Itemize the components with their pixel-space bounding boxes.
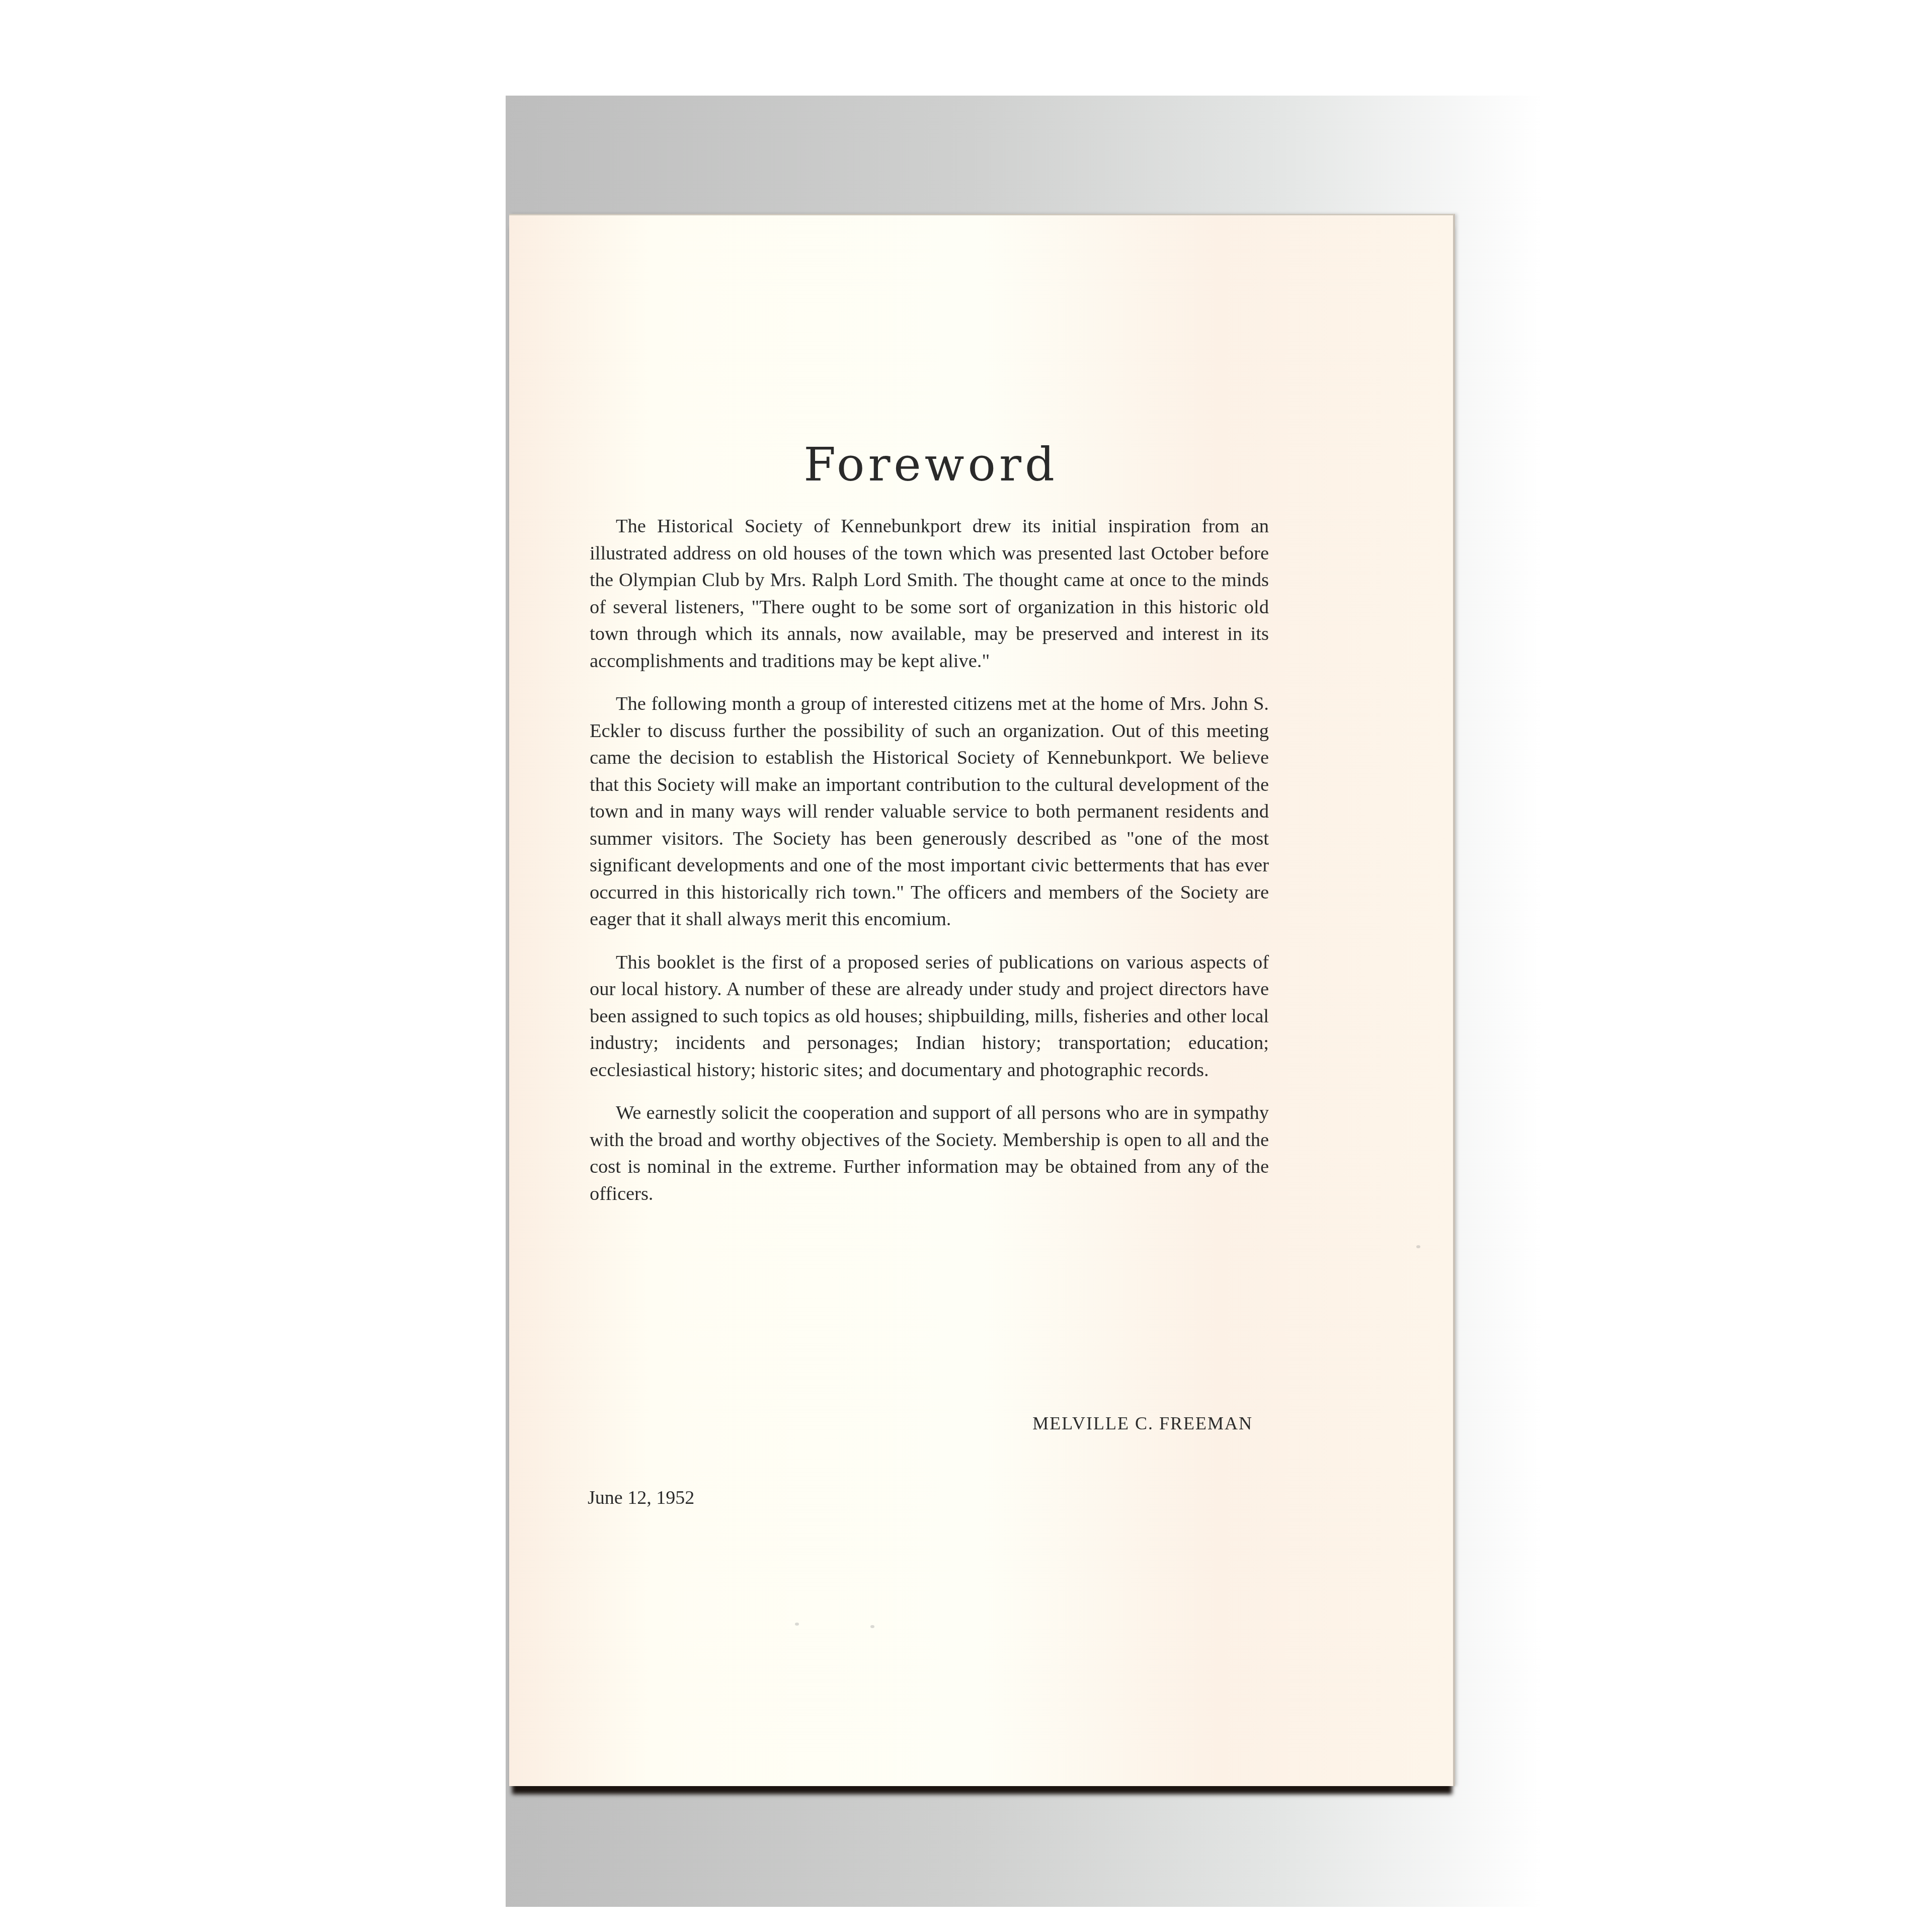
paragraph: The following month a group of intereste… [590, 691, 1269, 933]
paper-speck [1416, 1245, 1420, 1248]
paper-speck [795, 1623, 799, 1626]
author-signature: MELVILLE C. FREEMAN [941, 1413, 1253, 1434]
paragraph: This booklet is the first of a proposed … [590, 949, 1269, 1084]
paragraph: The Historical Society of Kennebunkport … [590, 513, 1269, 675]
paper-speck [870, 1625, 874, 1628]
paragraph: We earnestly solicit the cooperation and… [590, 1100, 1269, 1207]
foreword-body: The Historical Society of Kennebunkport … [590, 513, 1269, 1224]
document-date: June 12, 1952 [588, 1487, 694, 1509]
page-title: Foreword [795, 438, 1067, 492]
